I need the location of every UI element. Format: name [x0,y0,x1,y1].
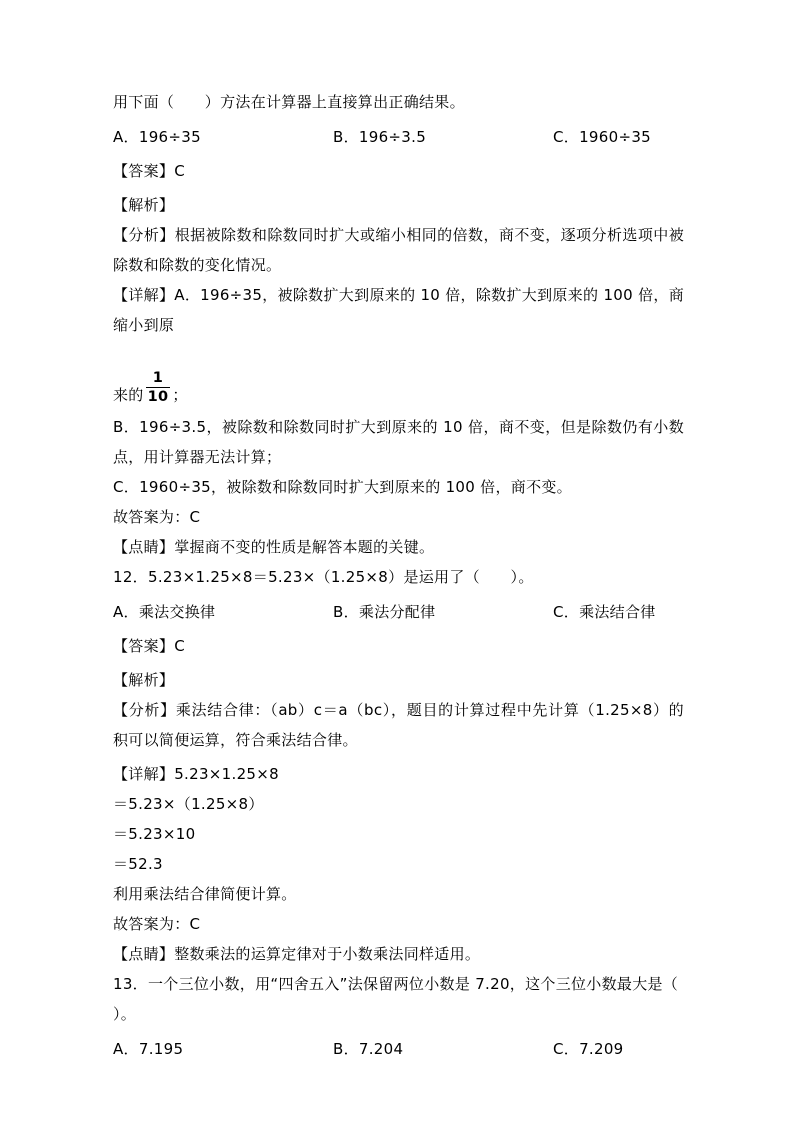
q11-analysis-header: 【解析】 [113,190,684,220]
q13-stem-line1: 13．一个三位小数，用“四舍五入”法保留两位小数是 7.20，这个三位小数最大是… [113,969,684,999]
q12-step-2: ＝5.23×10 [113,819,684,849]
q13-option-b: B．7.204 [333,1034,553,1064]
q13-option-a: A．7.195 [113,1034,333,1064]
q12-answer: 【答案】C [113,631,684,661]
q12-options: A．乘法交换律 B．乘法分配律 C．乘法结合律 [113,597,684,627]
fraction-numerator: 1 [146,369,171,387]
question-12-block: 12．5.23×1.25×8＝5.23×（1.25×8）是运用了（ ）。 A．乘… [113,562,684,969]
q12-stem: 12．5.23×1.25×8＝5.23×（1.25×8）是运用了（ ）。 [113,562,684,592]
q11-conclusion: 故答案为：C [113,502,684,532]
q12-step-1: ＝5.23×（1.25×8） [113,789,684,819]
q12-conclusion: 故答案为：C [113,909,684,939]
q12-detail-intro: 【详解】5.23×1.25×8 [113,759,684,789]
q11-option-c: C．1960÷35 [553,122,684,152]
q11-stem: 用下面（ ）方法在计算器上直接算出正确结果。 [113,87,684,117]
q11-tip: 【点睛】掌握商不变的性质是解答本题的关键。 [113,532,684,562]
q11-answer: 【答案】C [113,156,684,186]
q11-detail-c: C．1960÷35，被除数和除数同时扩大到原来的 100 倍，商不变。 [113,472,684,502]
q11-detail-intro: 【详解】A．196÷35，被除数扩大到原来的 10 倍，除数扩大到原来的 100… [113,280,684,340]
fraction-suffix: ； [172,384,187,406]
q11-analysis: 【分析】根据被除数和除数同时扩大或缩小相同的倍数，商不变，逐项分析选项中被除数和… [113,220,684,280]
q11-detail-fraction-line: 来的 1 10 ； [113,344,684,406]
q12-analysis: 【分析】乘法结合律：（ab）c＝a（bc），题目的计算过程中先计算（1.25×8… [113,695,684,755]
fraction-prefix: 来的 [113,384,144,406]
q12-option-a: A．乘法交换律 [113,597,333,627]
q11-options: A．196÷35 B．196÷3.5 C．1960÷35 [113,122,684,152]
q12-analysis-header: 【解析】 [113,665,684,695]
fraction-one-tenth: 1 10 [146,369,171,406]
question-13-block: 13．一个三位小数，用“四舍五入”法保留两位小数是 7.20，这个三位小数最大是… [113,969,684,1064]
q13-option-c: C．7.209 [553,1034,684,1064]
fraction-denominator: 10 [146,387,171,406]
q12-option-c: C．乘法结合律 [553,597,684,627]
q12-option-b: B．乘法分配律 [333,597,553,627]
q11-detail-b: B．196÷3.5，被除数和除数同时扩大到原来的 10 倍，商不变，但是除数仍有… [113,412,684,472]
q12-note: 利用乘法结合律简便计算。 [113,879,684,909]
question-11-block: 用下面（ ）方法在计算器上直接算出正确结果。 A．196÷35 B．196÷3.… [113,87,684,562]
q12-tip: 【点睛】整数乘法的运算定律对于小数乘法同样适用。 [113,939,684,969]
q13-stem-line2: ）。 [113,999,684,1029]
q12-step-3: ＝52.3 [113,849,684,879]
q13-options: A．7.195 B．7.204 C．7.209 [113,1034,684,1064]
q11-option-a: A．196÷35 [113,122,333,152]
q11-option-b: B．196÷3.5 [333,122,553,152]
worksheet-page: 用下面（ ）方法在计算器上直接算出正确结果。 A．196÷35 B．196÷3.… [0,0,794,1123]
